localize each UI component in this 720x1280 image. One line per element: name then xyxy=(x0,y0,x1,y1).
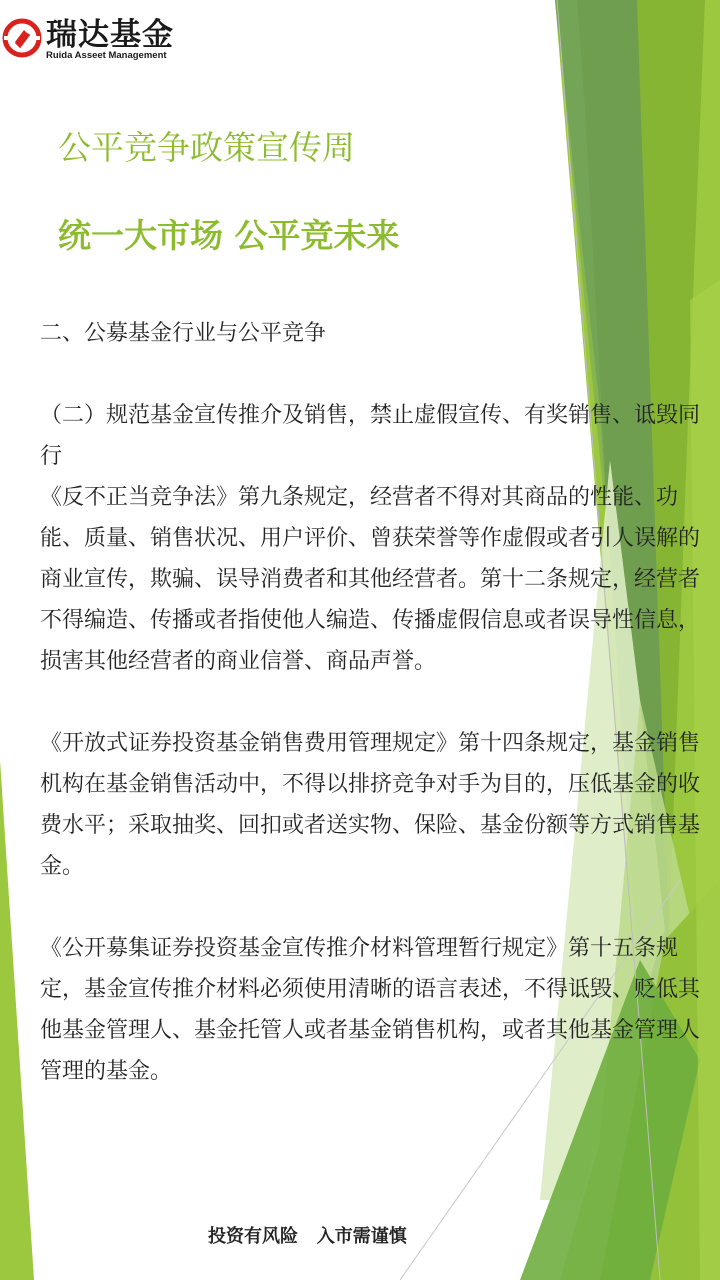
spacer xyxy=(40,354,700,395)
brand-name-cn: 瑞达基金 xyxy=(46,18,174,52)
spacer xyxy=(40,887,700,928)
spacer xyxy=(40,682,700,723)
section-title: 二、公募基金行业与公平竞争 xyxy=(40,313,700,354)
paragraph-promotion-material-regulation: 《公开募集证券投资基金宣传推介材料管理暂行规定》第十五条规定，基金宣传推介材料必… xyxy=(40,928,700,1092)
subsection-title: （二）规范基金宣传推介及销售，禁止虚假宣传、有奖销售、诋毁同行 xyxy=(40,395,700,477)
headline-slogan: 统一大市场 公平竞未来 xyxy=(58,210,400,257)
brand-name-en: Ruida Asseet Management xyxy=(46,51,174,61)
headline-title: 公平竞争政策宣传周 xyxy=(58,122,355,169)
paragraph-sales-fee-regulation: 《开放式证券投资基金销售费用管理规定》第十四条规定，基金销售机构在基金销售活动中… xyxy=(40,723,700,887)
risk-disclaimer: 投资有风险 入市需谨慎 xyxy=(208,1222,407,1248)
ruida-logo-icon xyxy=(2,18,42,58)
brand-logo: 瑞达基金 Ruida Asseet Management xyxy=(2,18,174,61)
article-body: 二、公募基金行业与公平竞争 （二）规范基金宣传推介及销售，禁止虚假宣传、有奖销售… xyxy=(40,313,700,1092)
paragraph-anti-unfair-competition-law: 《反不正当竞争法》第九条规定，经营者不得对其商品的性能、功能、质量、销售状况、用… xyxy=(40,477,700,682)
